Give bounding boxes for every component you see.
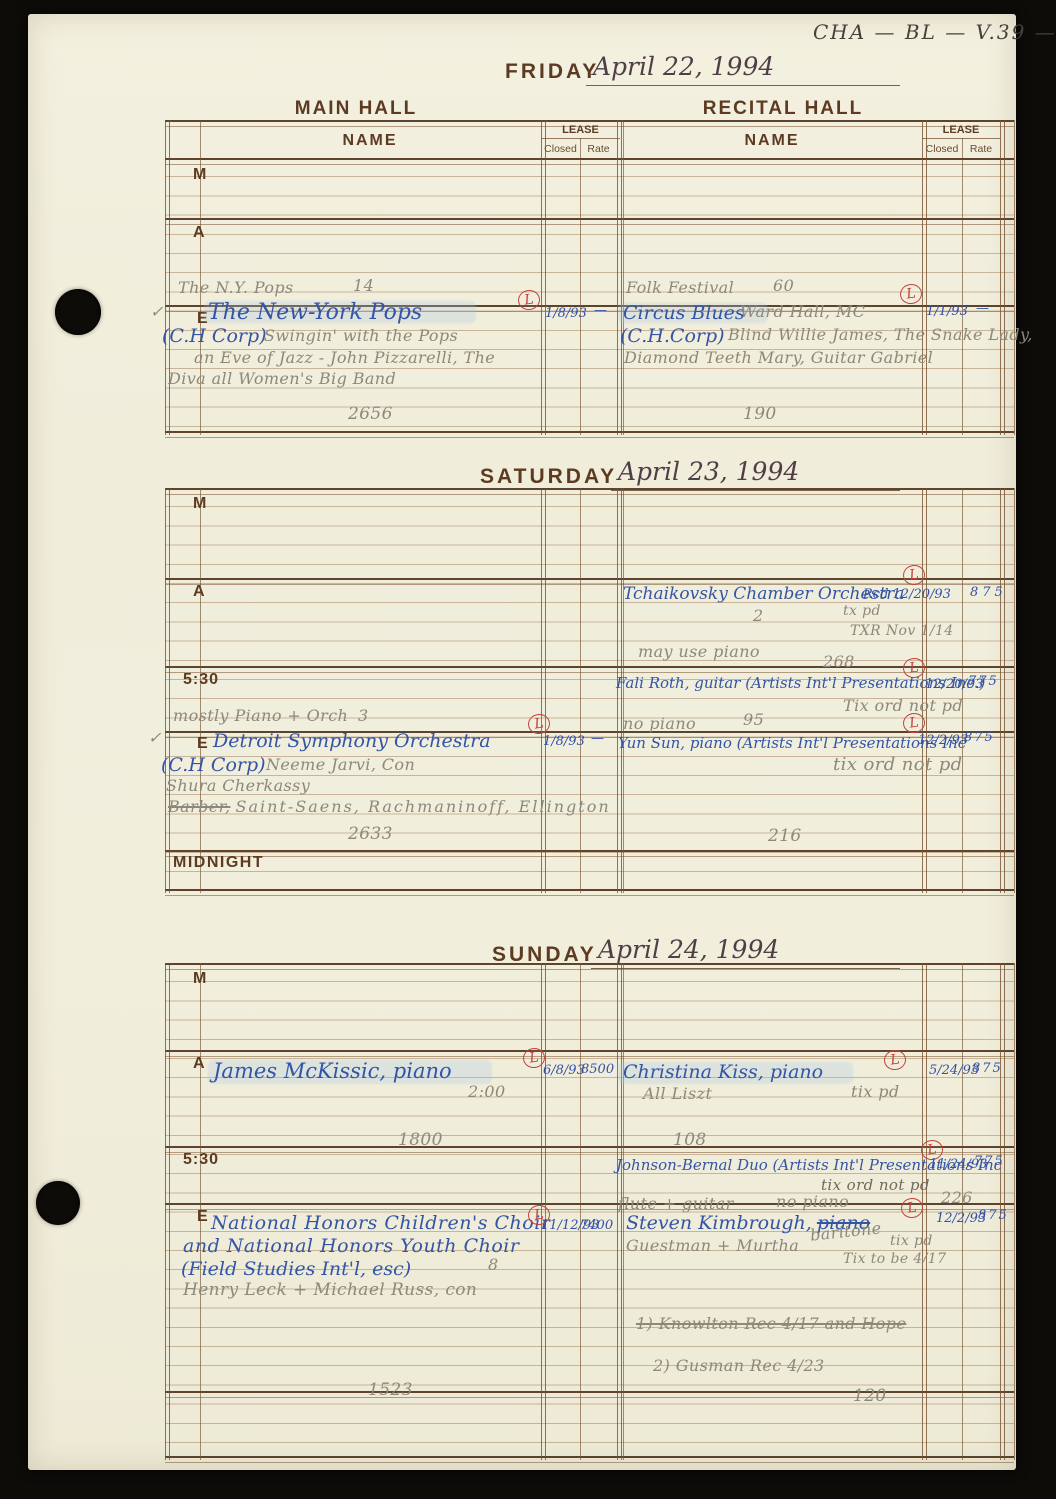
time-label-m: M [193,970,207,988]
entry-count: 14 [353,278,374,294]
vline [1000,488,1005,893]
main-hall-title: MAIN HALL [216,98,496,120]
ledger-page: CHA — BL — V.39 — 071 FRIDAY April 22, 1… [28,14,1016,1470]
entry-program: Blind Willie James, The Snake Lady, [728,327,1033,343]
entry-note: tix ord not pd [833,756,963,774]
name-column-header: NAME [672,132,872,150]
lease-rate: 875 [964,731,995,744]
vline [617,120,622,435]
table-top-line [165,963,1014,970]
rate-column-header: Rate [962,143,1000,155]
attendance-total: 1523 [368,1382,413,1399]
table-bottom-line [165,889,1014,896]
entry-program: Barber, Saint-Saens, Rachmaninoff, Ellin… [168,799,611,815]
artist-name: Steven Kimbrough, [626,1212,812,1234]
time-label-e: E [197,1208,209,1226]
attendance-total: 2656 [348,406,393,423]
entry-note-struck: 1) Knowlton Rec 4/17 and Hope [636,1316,906,1332]
lease-rate: 875 [978,1209,1009,1222]
entry-note: no piano [776,1194,849,1210]
vline [580,488,581,893]
recital-hall-title: RECITAL HALL [643,98,923,120]
entry-note: may use piano [638,644,760,660]
time-label-a: A [193,583,206,601]
block-line-530 [165,1146,1014,1153]
lease-rate: — [594,304,607,317]
entry-program: Henry Leck + Michael Russ, con [183,1282,477,1299]
rate-column-header: Rate [580,143,617,155]
entry-program: Shura Cherkassy [166,778,310,794]
lease-closed-date: 6/8/93 [543,1064,585,1077]
entry-program: Diamond Teeth Mary, Guitar Gabriel [624,350,933,366]
entry-count: 8 [488,1257,499,1273]
entry-artist: Circus Blues [623,304,745,323]
entry-program: Guestman + Murtha [626,1238,799,1254]
entry-corp: (C.H.Corp) [620,327,725,346]
entry-artist: National Honors Children's Choir [211,1214,550,1233]
lease-closed-date: Rcd 12/20/93 [863,588,951,601]
entry-program: Neeme Jarvi, Con [266,757,415,773]
attendance-total: 268 [823,654,855,670]
time-label-m: M [193,495,207,513]
attendance-total: 108 [673,1132,707,1149]
date-underline [586,85,900,86]
entry-corp: (Field Studies Int'l, esc) [181,1260,411,1279]
day-date-saturday: April 23, 1994 [618,457,799,486]
closed-column-header: Closed [922,143,962,155]
entry-program: Swingin' with the Pops [264,328,458,344]
lease-split-line [541,138,620,139]
vline [1000,120,1005,435]
lease-rate: 775 [974,1155,1005,1168]
name-column-header: NAME [270,132,470,150]
vline [922,963,927,1460]
time-label-a: A [193,1055,206,1073]
day-date-friday: April 22, 1994 [593,52,774,81]
entry-corp: (C.H Corp) [161,756,266,775]
entry-note: no piano [623,716,696,732]
lease-rate: 7400 [580,1219,613,1232]
attendance-total: 216 [768,828,802,845]
entry-note: 2) Gusman Rec 4/23 [653,1358,825,1374]
entry-count: 60 [773,278,794,294]
entry-count: 3 [358,708,369,724]
vline [541,120,546,435]
vline [541,488,546,893]
lease-column-header: LEASE [922,124,1000,136]
entry-note: tix ord not pd [821,1178,930,1193]
entry-artist: Christina Kiss, piano [623,1063,823,1082]
punch-hole-top [55,289,101,335]
punch-hole-bottom [36,1181,80,1225]
entry-note: tix pd [851,1084,900,1100]
block-line-530 [165,666,1014,673]
day-date-sunday: April 24, 1994 [598,935,779,964]
lease-rate: 875 [972,1062,1003,1075]
block-line-a [165,218,1014,225]
attendance-total: 120 [853,1388,887,1405]
entry-time-note: 2:00 [468,1084,506,1100]
time-label-midnight: MIDNIGHT [173,854,264,872]
time-label-e: E [197,735,209,753]
lease-closed-date: 1/1/93 [926,305,968,318]
vline [580,138,581,435]
time-label-530: 5:30 [183,671,219,689]
vline [962,138,963,435]
checkmark: ✓ [150,304,164,320]
time-label-530: 5:30 [183,1151,219,1169]
lease-rate: 775 [968,675,999,688]
vline [922,120,927,435]
entry-program: Ward Hall, MC [740,304,865,320]
entry-penciled-name: The N.Y. Pops [178,280,294,296]
day-title-saturday: SATURDAY [480,465,617,489]
entry-corp: (C.H Corp) [162,327,267,346]
struck-composer: Barber, [168,797,230,816]
entry-note: Tix to be 4/17 [843,1252,946,1266]
lease-rate: — [976,302,989,315]
lease-split-line [922,138,1000,139]
entry-artist: Yun Sun, piano (Artists Int'l Presentati… [618,736,966,751]
lease-rate: 8500 [581,1063,614,1076]
entry-program: Diva all Women's Big Band [168,371,396,387]
entry-count: 95 [743,712,764,728]
vline [623,120,624,435]
block-line-e [165,1203,1014,1210]
day-title-friday: FRIDAY [505,60,599,84]
lease-rate: 875 [970,586,1007,599]
vline [580,963,581,1460]
table-bottom-line [165,431,1014,438]
entry-artist: James McKissic, piano [213,1061,452,1082]
lease-column-header: LEASE [541,124,620,136]
entry-note: tx pd [843,604,881,618]
entry-note: flute + guitar [618,1196,734,1212]
attendance-total: 1800 [398,1132,443,1149]
table-bottom-line [165,1456,1014,1463]
lease-closed-date: 1/8/93 [545,307,587,320]
entry-artist: and National Honors Youth Choir [183,1237,519,1256]
time-label-m: M [193,166,207,184]
attendance-total: 2633 [348,826,393,843]
entry-note: tix pd [890,1234,933,1248]
archive-code: CHA — BL — V.39 — 071 [813,22,1056,42]
vline [165,963,170,1460]
scanned-ledger-photo: { "page": { "corner_code": "CHA — BL — V… [0,0,1056,1499]
composer-list: Saint-Saens, Rachmaninoff, Ellington [236,797,611,816]
entry-artist: The New-York Pops [208,302,422,324]
block-line-midnight [165,850,1014,857]
entry-artist: Detroit Symphony Orchestra [213,732,491,751]
attendance-total: 190 [743,406,777,423]
attendance-total: 226 [941,1190,973,1206]
time-label-a: A [193,224,206,242]
lease-closed-date: 12/2/93 [918,734,968,747]
header-bottom-line [165,158,1014,165]
vline [165,488,170,893]
entry-count: 2 [753,608,764,624]
entry-note: Tix ord not pd [843,698,963,714]
table-top-line [165,488,1014,495]
vline [200,488,201,893]
entry-penciled-name: mostly Piano + Orch [173,708,348,724]
lease-rate: — [591,732,604,745]
entry-program: All Liszt [643,1086,712,1102]
entry-program: an Eve of Jazz - John Pizzarelli, The [194,350,495,366]
entry-note: TXR Nov 1/14 [850,624,954,638]
checkmark: ✓ [148,730,162,746]
entry-penciled-name: Folk Festival [626,280,734,296]
lease-closed-date: 1/8/93 [543,735,585,748]
closed-column-header: Closed [541,143,580,155]
